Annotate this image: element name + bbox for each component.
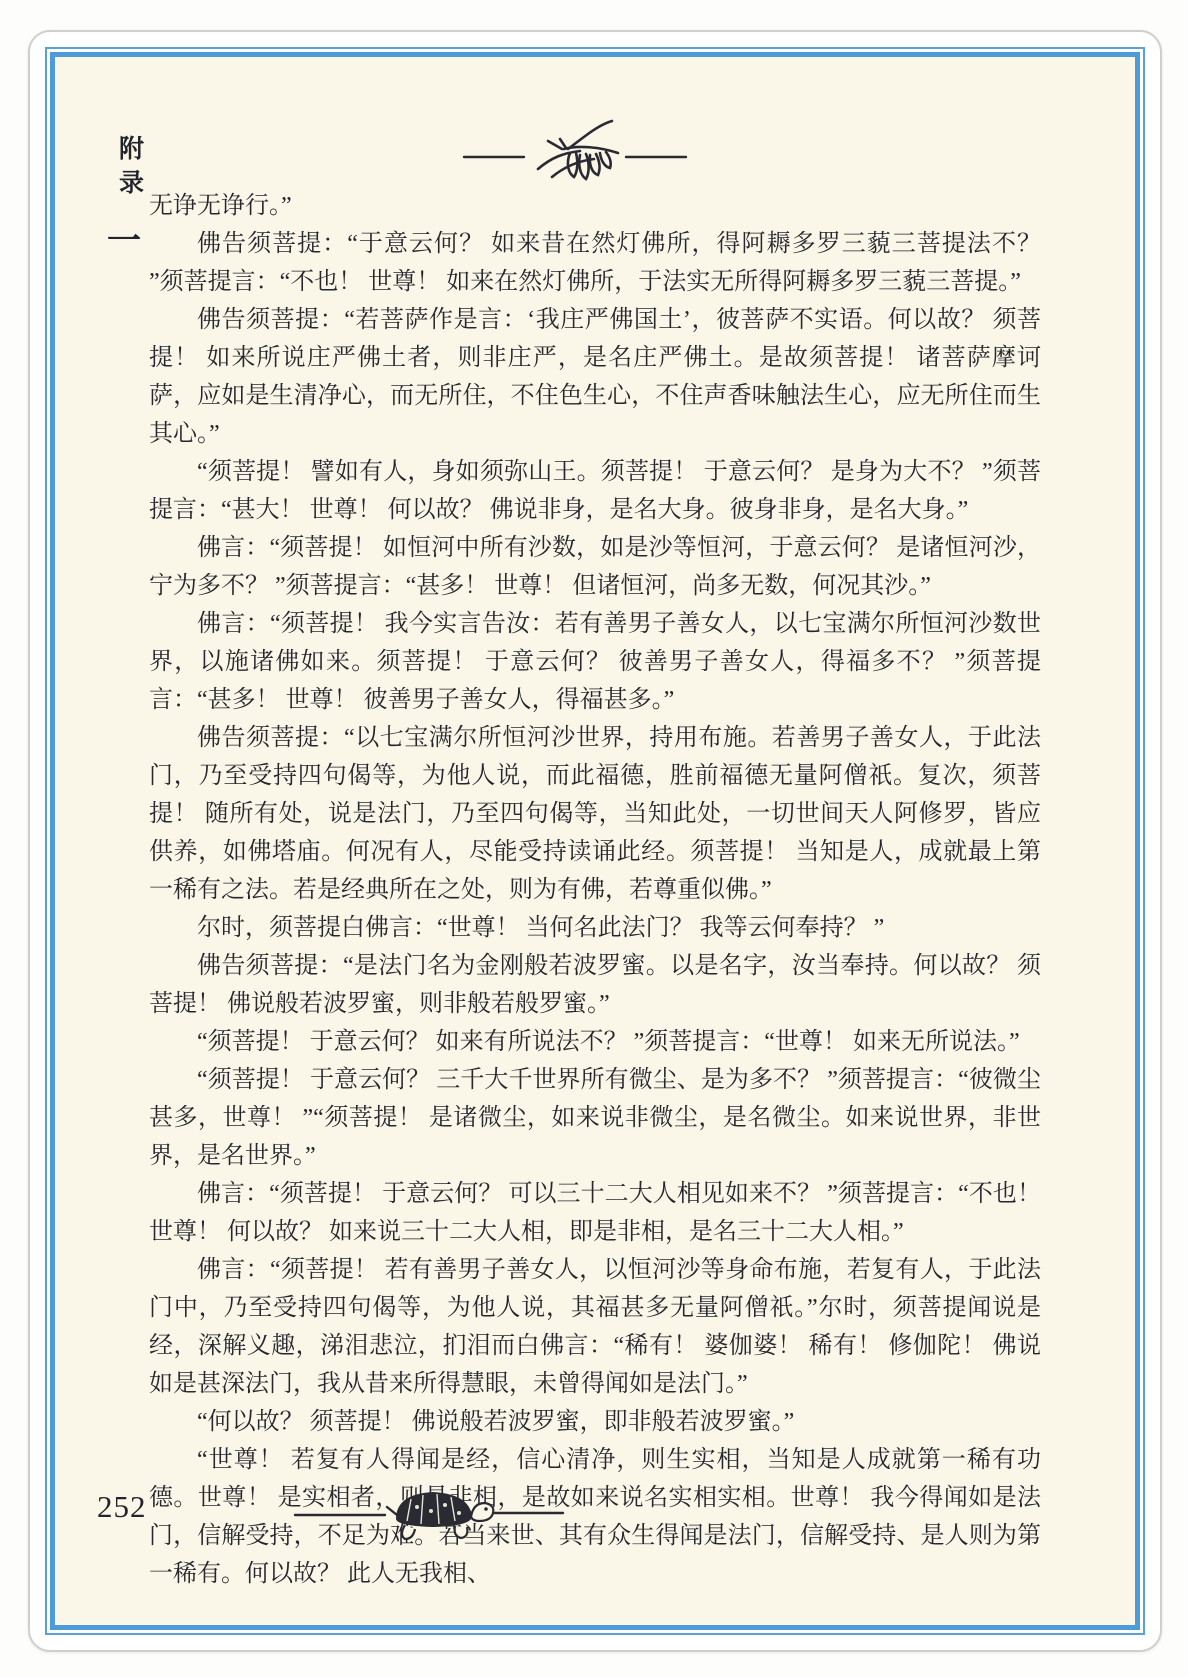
sutra-paragraph: 佛告须菩提：“是法门名为金刚般若波罗蜜。以是名字，汝当奉持。何以故？ 须菩提！ … [149, 947, 1041, 1023]
margin-label-appendix: 附 录 [119, 137, 144, 196]
page-content: 附 录 一 [55, 57, 1135, 1625]
hand-drawing [538, 121, 618, 179]
sutra-paragraph: 佛言：“须菩提！ 我今实言告汝：若有善男子善女人，以七宝满尔所恒河沙数世界，以施… [149, 605, 1041, 719]
sutra-paragraph: 佛告须菩提：“以七宝满尔所恒河沙世界，持用布施。若善男子善女人，于此法门，乃至受… [149, 719, 1041, 909]
turtle-drawing [387, 1493, 493, 1539]
sutra-body-text: 无诤无诤行。”佛告须菩提：“于意云何？ 如来昔在然灯佛所，得阿耨多罗三藐三菩提法… [149, 187, 1041, 1593]
appendix-number-marker: 一 [107, 225, 141, 259]
frame-inner-rule: 附 录 一 [50, 52, 1140, 1630]
sutra-paragraph: 佛言：“须菩提！ 若有善男子善女人，以恒河沙等身命布施，若复有人，于此法门中，乃… [149, 1251, 1041, 1403]
sutra-paragraph: 无诤无诤行。” [149, 187, 1041, 225]
sutra-paragraph: “何以故？ 须菩提！ 佛说般若波罗蜜，即非般若波罗蜜。” [149, 1403, 1041, 1441]
sutra-paragraph: “须菩提！ 于意云何？ 如来有所说法不？ ”须菩提言：“世尊！ 如来无所说法。” [149, 1023, 1041, 1061]
sutra-paragraph: 佛言：“须菩提！ 于意云何？ 可以三十二大人相见如来不？ ”须菩提言：“不也！ … [149, 1175, 1041, 1251]
sutra-paragraph: “世尊！ 若复有人得闻是经，信心清净，则生实相，当知是人成就第一稀有功德。世尊！… [149, 1441, 1041, 1593]
book-page-sheet: 附 录 一 [28, 30, 1162, 1652]
page-number: 252 [97, 1489, 147, 1525]
sutra-paragraph: 佛言：“须菩提！ 如恒河中所有沙数，如是沙等恒河，于意云何？ 是诸恒河沙，宁为多… [149, 529, 1041, 605]
sutra-paragraph: “须菩提！ 于意云何？ 三千大千世界所有微尘、是为多不？ ”须菩提言：“彼微尘甚… [149, 1061, 1041, 1175]
frame-outer-rule: 附 录 一 [45, 47, 1145, 1635]
sutra-paragraph: 尔时，须菩提白佛言：“世尊！ 当何名此法门？ 我等云何奉持？ ” [149, 909, 1041, 947]
sutra-paragraph: 佛告须菩提：“于意云何？ 如来昔在然灯佛所，得阿耨多罗三藐三菩提法不？ ”须菩提… [149, 225, 1041, 301]
margin-label-char-1: 附 [119, 137, 144, 162]
turtle-sketch-divider-icon [293, 1481, 565, 1545]
sutra-paragraph: “须菩提！ 譬如有人，身如须弥山王。须菩提！ 于意云何？ 是身为大不？ ”须菩提… [149, 453, 1041, 529]
margin-label-char-2: 录 [119, 171, 144, 196]
sutra-paragraph: 佛告须菩提：“若菩萨作是言：‘我庄严佛国土’，彼菩萨不实语。何以故？ 须菩提！ … [149, 301, 1041, 453]
